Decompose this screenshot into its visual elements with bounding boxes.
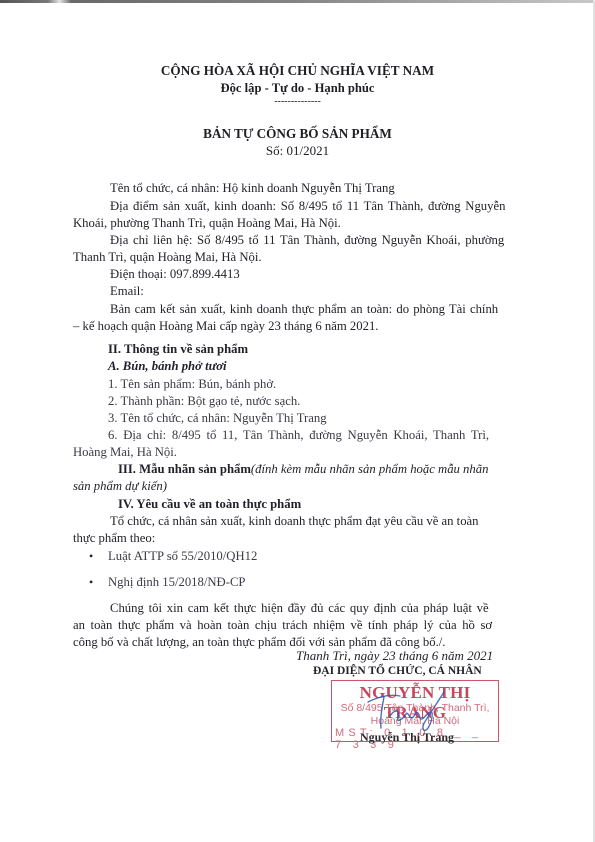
section-3-note-cont: sản phẩm dự kiến) (73, 479, 167, 494)
representative-title: ĐẠI DIỆN TỔ CHỨC, CÁ NHÂN (313, 665, 482, 677)
org-name-line: Tên tổ chức, cá nhân: Hộ kinh doanh Nguy… (110, 181, 395, 196)
nation-header: CỘNG HÒA XÃ HỘI CHỦ NGHĨA VIỆT NAM (0, 63, 595, 79)
product-item-address: 6. Địa chỉ: 8/495 tổ 11, Tân Thành, đườn… (108, 428, 489, 443)
document-page: CỘNG HÒA XÃ HỘI CHỦ NGHĨA VIỆT NAM Độc l… (0, 0, 595, 842)
signer-name: Nguyễn Thị Trang (360, 730, 454, 745)
contact-address-line: Địa chỉ liên hệ: Số 8/495 tổ 11 Tân Thàn… (110, 233, 504, 248)
product-subheading: A. Bún, bánh phở tươi (108, 359, 227, 374)
header-separator: -------------- (0, 96, 595, 107)
production-address-cont: Khoái, phường Thanh Trì, quận Hoàng Mai,… (73, 216, 341, 231)
commitment-cert-line: Bản cam kết sản xuất, kinh doanh thực ph… (110, 302, 498, 317)
product-item-name: 1. Tên sản phẩm: Bún, bánh phở. (108, 377, 276, 392)
motto: Độc lập - Tự do - Hạnh phúc (0, 81, 595, 96)
section-3-heading: III. Mẫu nhãn sản phẩm (118, 462, 251, 476)
commitment-line-1: Chúng tôi xin cam kết thực hiện đầy đủ c… (110, 601, 489, 616)
regulation-item: Luật ATTP số 55/2010/QH12 (108, 549, 257, 564)
section-4-intro-cont: thực phẩm theo: (73, 531, 155, 546)
email-line: Email: (110, 284, 144, 299)
bullet-marker: • (89, 549, 93, 564)
section-3-note: (đính kèm mẫu nhãn sản phẩm hoặc mẫu nhã… (251, 462, 489, 476)
phone-line: Điện thoại: 097.899.4413 (110, 267, 240, 282)
document-title: BẢN TỰ CÔNG BỐ SẢN PHẨM (0, 126, 595, 142)
section-4-heading: IV. Yêu cầu về an toàn thực phẩm (118, 497, 301, 512)
bullet-marker: • (89, 575, 93, 590)
place-date: Thanh Trì, ngày 23 tháng 6 năm 2021 (296, 648, 493, 664)
section-3-heading-line: III. Mẫu nhãn sản phẩm(đính kèm mẫu nhãn… (118, 462, 488, 477)
regulation-item: Nghị định 15/2018/NĐ-CP (108, 575, 245, 590)
document-number: Số: 01/2021 (0, 143, 595, 159)
section-2-heading: II. Thông tin về sản phẩm (108, 342, 248, 357)
section-4-intro: Tổ chức, cá nhân sản xuất, kinh doanh th… (110, 514, 479, 529)
product-item-address-cont: Hoàng Mai, Hà Nội. (73, 445, 177, 460)
commitment-line-2: an toàn thực phẩm và hoàn toàn chịu trác… (73, 618, 492, 633)
production-address-line: Địa điểm sản xuất, kinh doanh: Số 8/495 … (110, 199, 505, 214)
contact-address-cont: Thanh Trì, quận Hoàng Mai, Hà Nội. (73, 250, 262, 265)
commitment-cert-cont: – kế hoạch quận Hoàng Mai cấp ngày 23 th… (73, 319, 378, 334)
product-item-ingredients: 2. Thành phần: Bột gạo tẻ, nước sạch. (108, 394, 300, 409)
product-item-organization: 3. Tên tổ chức, cá nhân: Nguyễn Thị Tran… (108, 411, 327, 426)
